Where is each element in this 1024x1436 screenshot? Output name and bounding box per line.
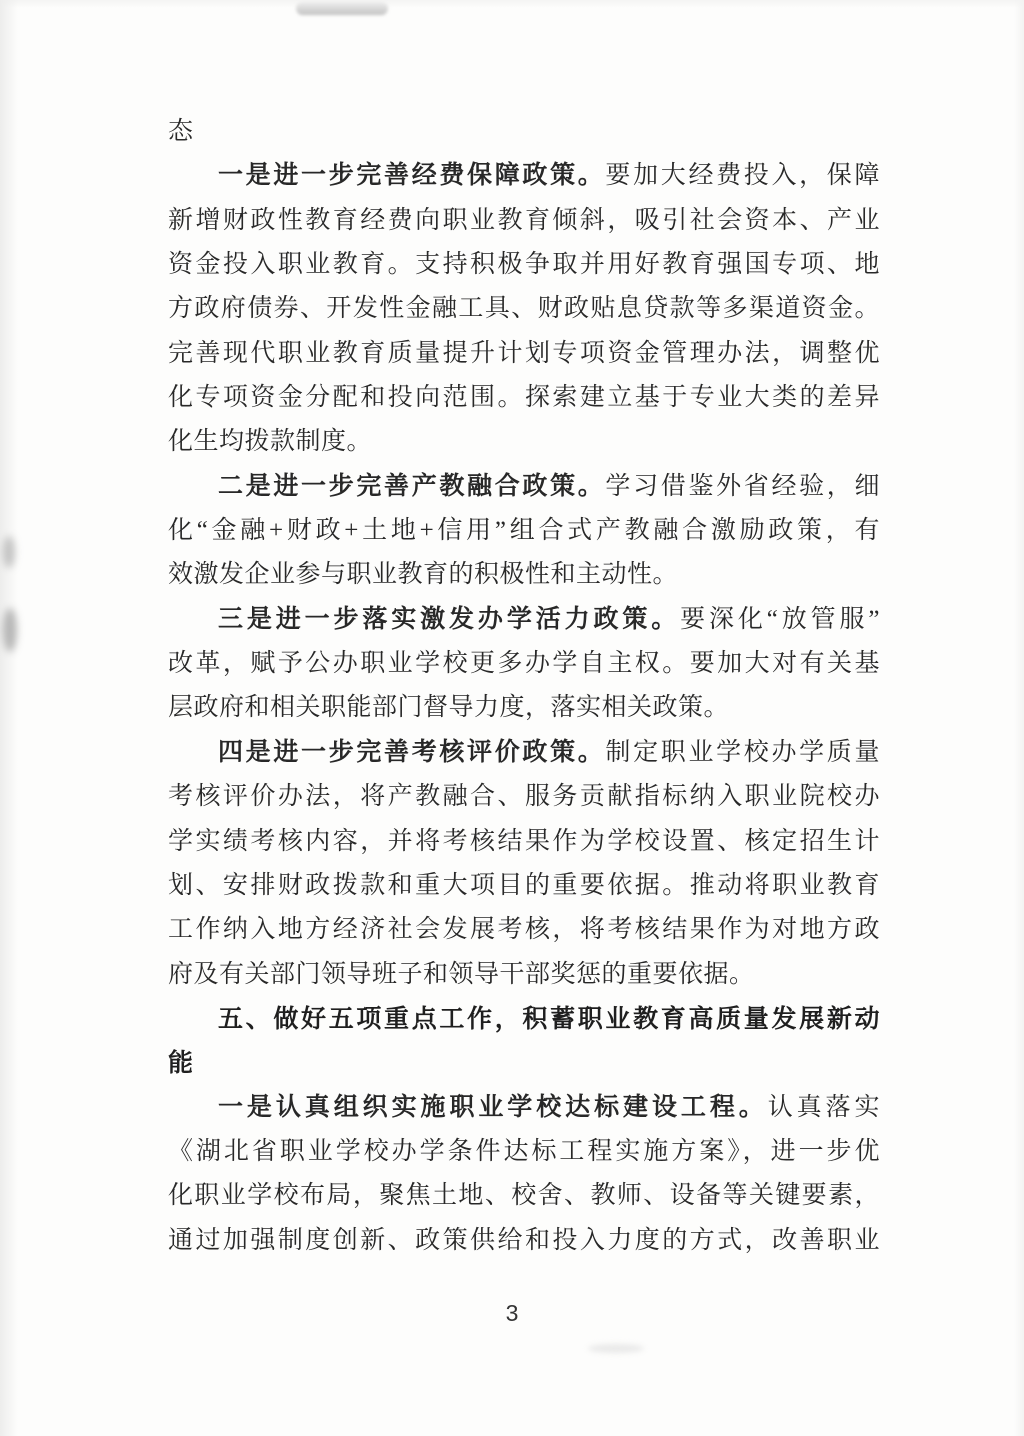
line-text: 效激发企业参与职业教育的积极性和主动性。	[168, 561, 678, 588]
text-line-15: 四是进一步完善考核评价政策。制定职业学校办学质量	[168, 731, 880, 775]
text-line-7: 化专项资金分配和投向范围。探索建立基于专业大类的差异	[168, 376, 880, 420]
line-text: 学实绩考核内容，并将考核结果作为学校设置、核定招生计	[168, 828, 880, 855]
line-text: 府及有关部门领导班子和领导干部奖惩的重要依据。	[168, 961, 755, 988]
text-line-8: 化生均拨款制度。	[168, 420, 880, 464]
document-body: 态一是进一步完善经费保障政策。要加大经费投入，保障新增财政性教育经费向职业教育倾…	[168, 110, 880, 1263]
scan-smudge-bottom	[588, 1344, 644, 1353]
text-line-11: 效激发企业参与职业教育的积极性和主动性。	[168, 553, 880, 597]
text-line-26: 通过加强制度创新、政策供给和投入力度的方式，改善职业	[168, 1219, 880, 1263]
text-line-19: 工作纳入地方经济社会发展考核，将考核结果作为对地方政	[168, 908, 880, 952]
scan-smudge-left-1	[3, 536, 15, 568]
line-text: 化“金融+财政+土地+信用”组合式产教融合激励政策，有	[168, 517, 880, 544]
bold-lead-sentence: 四是进一步完善考核评价政策。	[218, 739, 605, 766]
line-text: 制定职业学校办学质量	[605, 739, 880, 766]
line-text: 认真落实	[768, 1094, 880, 1121]
line-text: 划、安排财政拨款和重大项目的重要依据。推动将职业教育	[168, 872, 880, 899]
line-text: 通过加强制度创新、政策供给和投入力度的方式，改善职业	[168, 1227, 880, 1254]
text-line-24: 《湖北省职业学校办学条件达标工程实施方案》，进一步优	[168, 1130, 880, 1174]
text-line-1: 态	[168, 110, 880, 154]
line-text: 学习借鉴外省经验，细	[605, 473, 880, 500]
line-text: 能	[168, 1049, 194, 1077]
text-line-16: 考核评价办法，将产教融合、服务贡献指标纳入职业院校办	[168, 775, 880, 819]
text-line-9: 二是进一步完善产教融合政策。学习借鉴外省经验，细	[168, 465, 880, 509]
text-line-12: 三是进一步落实激发办学活力政策。要深化“放管服”	[168, 598, 880, 642]
text-line-6: 完善现代职业教育质量提升计划专项资金管理办法，调整优	[168, 332, 880, 376]
text-line-2: 一是进一步完善经费保障政策。要加大经费投入，保障	[168, 154, 880, 198]
section-heading-line-21: 五、做好五项重点工作，积蓄职业教育高质量发展新动	[168, 997, 880, 1041]
text-line-20: 府及有关部门领导班子和领导干部奖惩的重要依据。	[168, 953, 880, 997]
line-text: 工作纳入地方经济社会发展考核，将考核结果作为对地方政	[168, 916, 880, 943]
line-text: 考核评价办法，将产教融合、服务贡献指标纳入职业院校办	[168, 783, 880, 810]
bold-lead-sentence: 二是进一步完善产教融合政策。	[218, 473, 605, 500]
page-number: 3	[0, 1300, 1024, 1327]
line-text: 方政府债券、开发性金融工具、财政贴息贷款等多渠道资金。	[168, 295, 880, 322]
line-text: 态	[168, 118, 194, 145]
line-text: 要深化“放管服”	[680, 606, 880, 633]
line-text: 层政府和相关职能部门督导力度，落实相关政策。	[168, 694, 729, 721]
text-line-5: 方政府债券、开发性金融工具、财政贴息贷款等多渠道资金。	[168, 287, 880, 331]
text-line-14: 层政府和相关职能部门督导力度，落实相关政策。	[168, 686, 880, 730]
line-text: 新增财政性教育经费向职业教育倾斜，吸引社会资本、产业	[168, 207, 880, 234]
text-line-18: 划、安排财政拨款和重大项目的重要依据。推动将职业教育	[168, 864, 880, 908]
line-text: 化职业学校布局，聚焦土地、校舍、教师、设备等关键要素，	[168, 1182, 880, 1209]
line-text: 化生均拨款制度。	[168, 428, 372, 455]
line-text: 化专项资金分配和投向范围。探索建立基于专业大类的差异	[168, 384, 880, 411]
line-text: 资金投入职业教育。支持积极争取并用好教育强国专项、地	[168, 251, 880, 278]
line-text: 五、做好五项重点工作，积蓄职业教育高质量发展新动	[218, 1005, 880, 1033]
text-line-3: 新增财政性教育经费向职业教育倾斜，吸引社会资本、产业	[168, 199, 880, 243]
bold-lead-sentence: 三是进一步落实激发办学活力政策。	[218, 606, 680, 633]
text-line-10: 化“金融+财政+土地+信用”组合式产教融合激励政策，有	[168, 509, 880, 553]
scanned-document-page: 态一是进一步完善经费保障政策。要加大经费投入，保障新增财政性教育经费向职业教育倾…	[0, 0, 1024, 1436]
line-text: 完善现代职业教育质量提升计划专项资金管理办法，调整优	[168, 340, 880, 367]
scan-smudge-top	[296, 2, 388, 15]
text-line-17: 学实绩考核内容，并将考核结果作为学校设置、核定招生计	[168, 820, 880, 864]
line-text: 《湖北省职业学校办学条件达标工程实施方案》，进一步优	[168, 1138, 880, 1165]
text-line-4: 资金投入职业教育。支持积极争取并用好教育强国专项、地	[168, 243, 880, 287]
text-line-13: 改革，赋予公办职业学校更多办学自主权。要加大对有关基	[168, 642, 880, 686]
text-line-23: 一是认真组织实施职业学校达标建设工程。认真落实	[168, 1086, 880, 1130]
line-text: 要加大经费投入，保障	[605, 162, 880, 189]
text-line-25: 化职业学校布局，聚焦土地、校舍、教师、设备等关键要素，	[168, 1174, 880, 1218]
line-text: 改革，赋予公办职业学校更多办学自主权。要加大对有关基	[168, 650, 880, 677]
scan-smudge-left-2	[3, 608, 17, 652]
bold-lead-sentence: 一是进一步完善经费保障政策。	[218, 162, 605, 189]
bold-lead-sentence: 一是认真组织实施职业学校达标建设工程。	[218, 1094, 768, 1121]
section-heading-line-22: 能	[168, 1041, 880, 1085]
